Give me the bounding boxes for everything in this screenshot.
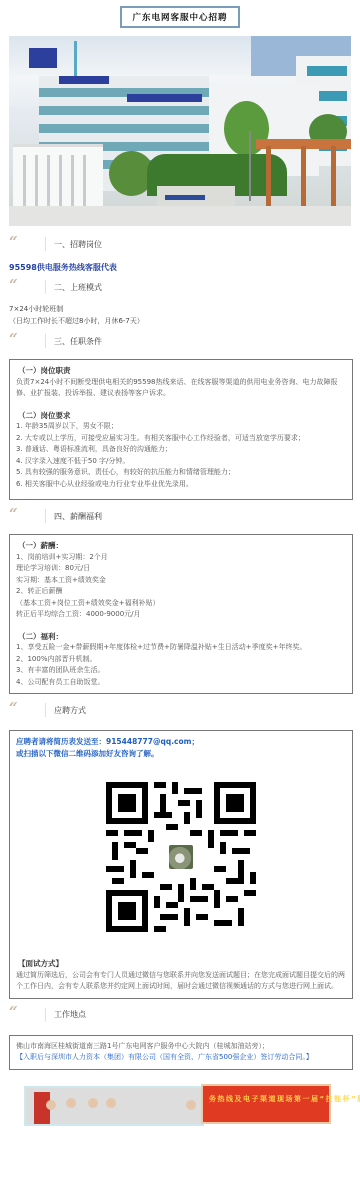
pay-line: （基本工资+岗位工资+绩效奖金+福利补贴） [16,598,346,610]
section-title: 应聘方式 [54,705,86,716]
requirement-item: 2. 大专或以上学历，可接受应届实习生。有相关客服中心工作经验者，可适当放宽学历… [16,433,346,445]
pay-title: （一）薪酬： [18,540,346,552]
quote-mark-icon: “ [9,1005,45,1020]
wechat-qr-code[interactable] [106,782,256,932]
address-text: 佛山市南海区桂城街道南三路1号广东电网客户服务中心大院内（桂城加油站旁）； [16,1041,346,1053]
pay-line: 1、岗前培训+实习期：2个月 [16,552,346,564]
requirements-box: （一）岗位职责 负责7×24小时不间断受理供电相关的95598热线来话、在线客服… [9,359,353,500]
benefit-title: （二）福利： [18,631,346,643]
schedule-line: （日均工作时长不超过8小时，月休6-7天） [0,315,360,327]
quote-mark-icon: “ [9,701,45,716]
section-header-apply: “ 应聘方式 [0,698,360,722]
benefit-line: 1、享受五险一金+带薪假期+年度体检+过节费+防暑降温补贴+生日活动+季度奖+年… [16,642,346,654]
event-banner-text: 务热线及电子渠道现场第一届“技能杯”服务 [203,1086,329,1104]
benefit-line: 3、有丰富的团队班余生活。 [16,665,346,677]
interview-text: 通过简历筛选后，公司会有专门人员通过微信与您联系并向您发送面试题目；在您完成面试… [16,970,346,993]
schedule-line: 7×24小时轮班制 [0,303,360,315]
section-title: 四、薪酬福利 [54,511,102,522]
quote-mark-icon: “ [9,235,45,250]
title-area: 广东电网客服中心招聘 [0,0,360,34]
footer-event-photo: 务热线及电子渠道现场第一届“技能杯”服务 [24,1084,334,1124]
interview-title: 【面试方式】 [18,958,346,970]
event-banner: 务热线及电子渠道现场第一届“技能杯”服务 [201,1084,331,1124]
job-title: 95598供电服务热线客服代表 [0,256,360,275]
section-header-salary: “ 四、薪酬福利 [0,504,360,528]
recruitment-page: 广东电网客服中心招聘 [0,0,360,1124]
team-photo [24,1086,204,1126]
requirement-item: 1. 年龄35周岁以下，男女不限； [16,421,346,433]
pay-line: 实习期：基本工资+绩效奖金 [16,575,346,587]
apply-email-line[interactable]: 应聘者请将简历表发送至：915448777@qq.com； [16,736,346,748]
hero-building-photo [9,36,351,226]
pay-line: 转正后平均综合工资：4000-9000元/月 [16,609,346,621]
salary-box: （一）薪酬： 1、岗前培训+实习期：2个月 理论学习培训：80元/日 实习期：基… [9,534,353,694]
requirement-item: 4. 汉字录入速度不低于50 字/分钟。 [16,456,346,468]
requirement-item: 5. 具有较强的服务意识、责任心，有较好的抗压能力和情绪管理能力； [16,467,346,479]
apply-box: 应聘者请将简历表发送至：915448777@qq.com； 或扫描以下微信二维码… [9,730,353,999]
qr-avatar-dog-photo [167,843,195,871]
page-title: 广东电网客服中心招聘 [120,6,239,28]
section-title: 三、任职条件 [54,336,102,347]
section-header-schedule: “ 二、上班模式 [0,275,360,299]
requirement-item: 6. 相关客服中心从业经验或电力行业专业毕业优先录用。 [16,479,346,491]
requirements-title: （二）岗位要求 [18,410,346,422]
requirement-item: 3. 普通话、粤语标准流利，具备良好的沟通能力； [16,444,346,456]
benefit-line: 2、100%内部晋升机制。 [16,654,346,666]
section-header-requirements: “ 三、任职条件 [0,329,360,353]
apply-qr-line: 或扫描以下微信二维码添加好友咨询了解。 [16,748,346,760]
quote-mark-icon: “ [9,332,45,347]
pay-line: 理论学习培训：80元/日 [16,563,346,575]
pay-line: 2、转正后薪酬 [16,586,346,598]
section-title: 二、上班模式 [54,282,102,293]
section-header-position: “ 一、招聘岗位 [0,232,360,256]
benefit-line: 4、公司配有员工自助饭堂。 [16,677,346,689]
quote-mark-icon: “ [9,507,45,522]
duties-text: 负责7×24小时不间断受理供电相关的95598热线来话、在线客服等渠道的供用电业… [16,377,346,400]
section-title: 工作地点 [54,1009,86,1020]
quote-mark-icon: “ [9,278,45,293]
section-header-location: “ 工作地点 [0,1003,360,1027]
duties-title: （一）岗位职责 [18,365,346,377]
contract-note: 【入职后与深圳市人力资本（集团）有限公司（国有全资、广东省500强企业）签订劳动… [16,1052,346,1064]
location-box: 佛山市南海区桂城街道南三路1号广东电网客户服务中心大院内（桂城加油站旁）； 【入… [9,1035,353,1070]
section-title: 一、招聘岗位 [54,239,102,250]
